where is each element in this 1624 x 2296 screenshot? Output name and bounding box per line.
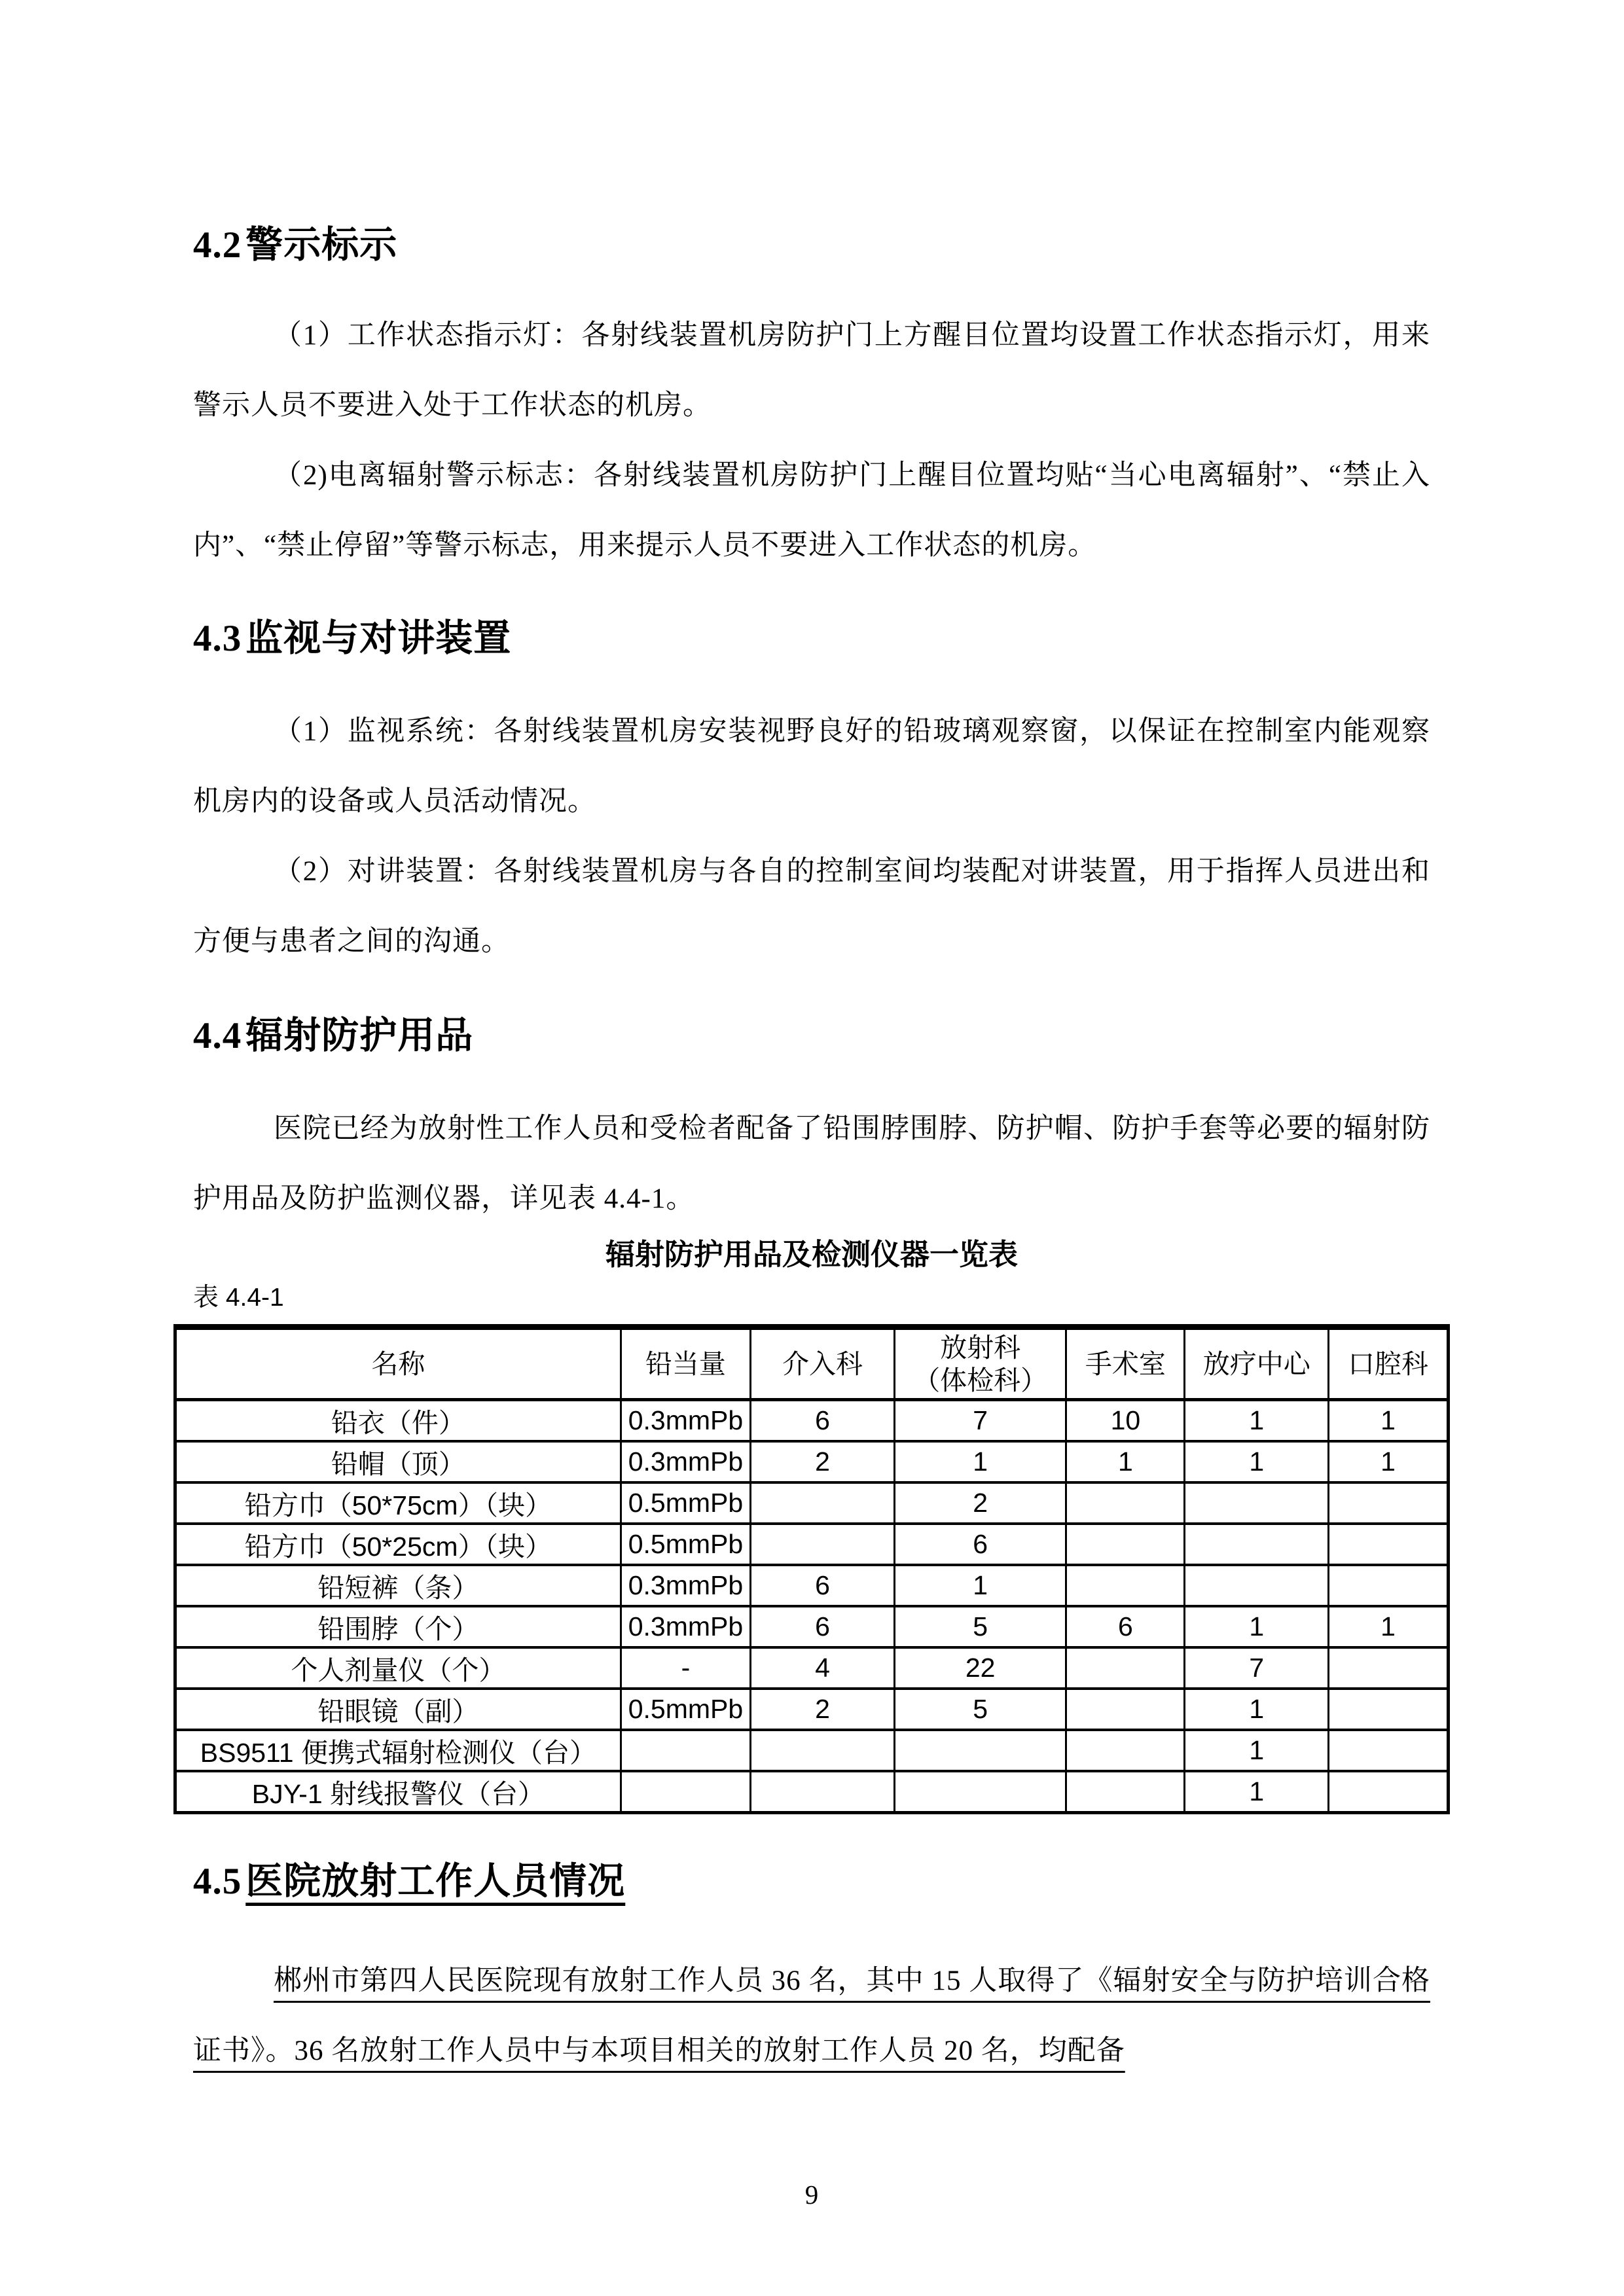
table-cell bbox=[1329, 1771, 1449, 1813]
section-number: 4.4 bbox=[193, 1015, 245, 1056]
table-cell: 22 bbox=[894, 1647, 1066, 1689]
paragraph-4-4-1: 医院已经为放射性工作人员和受检者配备了铅围脖围脖、防护帽、防护手套等必要的辐射防… bbox=[193, 1094, 1430, 1234]
document-page: 4.2警示标示 （1）工作状态指示灯：各射线装置机房防护门上方醒目位置均设置工作… bbox=[0, 0, 1624, 2296]
table-cell: 铅眼镜（副） bbox=[175, 1689, 621, 1730]
table-row: 铅短裤（条）0.3mmPb61 bbox=[175, 1565, 1449, 1606]
table-cell bbox=[1066, 1524, 1185, 1565]
table-cell: 6 bbox=[751, 1400, 895, 1442]
section-number: 4.2 bbox=[193, 224, 245, 266]
table-cell: 铅衣（件） bbox=[175, 1400, 621, 1442]
table-header-cell: 放射科 （体检科） bbox=[894, 1327, 1066, 1400]
table-row: 铅帽（顶）0.3mmPb21111 bbox=[175, 1441, 1449, 1482]
table-head: 名称铅当量介入科放射科 （体检科）手术室放疗中心口腔科 bbox=[175, 1327, 1449, 1400]
table-cell bbox=[1329, 1689, 1449, 1730]
table-row: 铅眼镜（副）0.5mmPb251 bbox=[175, 1689, 1449, 1730]
table-cell: 铅围脖（个） bbox=[175, 1606, 621, 1647]
table-cell bbox=[894, 1730, 1066, 1771]
paragraph-4-3-2: （2）对讲装置：各射线装置机房与各自的控制室间均装配对讲装置，用于指挥人员进出和… bbox=[193, 836, 1430, 977]
table-cell: 1 bbox=[1329, 1606, 1449, 1647]
table-header-cell: 铅当量 bbox=[621, 1327, 750, 1400]
table-cell: BJY-1 射线报警仪（台） bbox=[175, 1771, 621, 1813]
table-cell: 1 bbox=[1185, 1441, 1329, 1482]
table-cell bbox=[1329, 1524, 1449, 1565]
table-cell: 1 bbox=[1185, 1689, 1329, 1730]
table-cell: 6 bbox=[894, 1524, 1066, 1565]
table-cell: 5 bbox=[894, 1606, 1066, 1647]
table-cell: 0.3mmPb bbox=[621, 1565, 750, 1606]
section-heading-4-3: 4.3监视与对讲装置 bbox=[193, 615, 1430, 662]
table-header-row: 名称铅当量介入科放射科 （体检科）手术室放疗中心口腔科 bbox=[175, 1327, 1449, 1400]
table-cell bbox=[621, 1771, 750, 1813]
protective-equipment-table: 名称铅当量介入科放射科 （体检科）手术室放疗中心口腔科 铅衣（件）0.3mmPb… bbox=[173, 1324, 1450, 1814]
table-cell bbox=[1066, 1482, 1185, 1524]
section-heading-4-4: 4.4辐射防护用品 bbox=[193, 1012, 1430, 1060]
table-row: BJY-1 射线报警仪（台）1 bbox=[175, 1771, 1449, 1813]
table-cell: 1 bbox=[1185, 1606, 1329, 1647]
section-heading-4-2: 4.2警示标示 bbox=[193, 221, 1430, 269]
table-cell bbox=[894, 1771, 1066, 1813]
table-cell: 6 bbox=[1066, 1606, 1185, 1647]
table-cell: 2 bbox=[751, 1689, 895, 1730]
table-cell: 1 bbox=[1185, 1730, 1329, 1771]
table-cell bbox=[1066, 1647, 1185, 1689]
table-cell: 1 bbox=[1329, 1441, 1449, 1482]
table-cell bbox=[621, 1730, 750, 1771]
section-number: 4.3 bbox=[193, 618, 245, 659]
table-row: BS9511 便携式辐射检测仪（台）1 bbox=[175, 1730, 1449, 1771]
table-row: 铅方巾（50*75cm）（块）0.5mmPb2 bbox=[175, 1482, 1449, 1524]
table-row: 个人剂量仪（个）-4227 bbox=[175, 1647, 1449, 1689]
table-cell: 2 bbox=[894, 1482, 1066, 1524]
table-cell: 1 bbox=[1185, 1771, 1329, 1813]
table-cell: BS9511 便携式辐射检测仪（台） bbox=[175, 1730, 621, 1771]
table-row: 铅衣（件）0.3mmPb671011 bbox=[175, 1400, 1449, 1442]
paragraph-4-3-1: （1）监视系统：各射线装置机房安装视野良好的铅玻璃观察窗，以保证在控制室内能观察… bbox=[193, 696, 1430, 836]
table-cell: 6 bbox=[751, 1565, 895, 1606]
table-cell bbox=[1329, 1647, 1449, 1689]
table-row: 铅围脖（个）0.3mmPb65611 bbox=[175, 1606, 1449, 1647]
paragraph-4-5-1: 郴州市第四人民医院现有放射工作人员 36 名，其中 15 人取得了《辐射安全与防… bbox=[193, 1946, 1430, 2086]
table-cell bbox=[1066, 1565, 1185, 1606]
table-cell: - bbox=[621, 1647, 750, 1689]
table-cell bbox=[751, 1482, 895, 1524]
table-cell bbox=[1066, 1771, 1185, 1813]
page-number: 9 bbox=[193, 2178, 1430, 2212]
table-cell: 4 bbox=[751, 1647, 895, 1689]
table-cell: 铅方巾（50*75cm）（块） bbox=[175, 1482, 621, 1524]
table-cell: 1 bbox=[1185, 1400, 1329, 1442]
section-heading-4-5: 4.5医院放射工作人员情况 bbox=[193, 1857, 1430, 1905]
section-title: 辐射防护用品 bbox=[245, 1014, 473, 1056]
table-cell bbox=[1185, 1524, 1329, 1565]
table-cell bbox=[1066, 1689, 1185, 1730]
table-cell: 7 bbox=[894, 1400, 1066, 1442]
table-header-cell: 放疗中心 bbox=[1185, 1327, 1329, 1400]
table-cell: 个人剂量仪（个） bbox=[175, 1647, 621, 1689]
table-header-cell: 名称 bbox=[175, 1327, 621, 1400]
table-cell: 0.3mmPb bbox=[621, 1606, 750, 1647]
paragraph-4-2-2: （2)电离辐射警示标志：各射线装置机房防护门上醒目位置均贴“当心电离辐射”、“禁… bbox=[193, 440, 1430, 581]
section-title: 警示标示 bbox=[245, 224, 397, 266]
table-caption: 辐射防护用品及检测仪器一览表 bbox=[193, 1234, 1430, 1276]
table-label: 表 4.4-1 bbox=[193, 1281, 1430, 1315]
table-cell bbox=[751, 1771, 895, 1813]
table-cell bbox=[1329, 1482, 1449, 1524]
table-cell: 1 bbox=[1066, 1441, 1185, 1482]
table-cell bbox=[751, 1730, 895, 1771]
table-cell: 0.5mmPb bbox=[621, 1482, 750, 1524]
table-cell: 1 bbox=[1329, 1400, 1449, 1442]
table-cell: 0.3mmPb bbox=[621, 1441, 750, 1482]
table-cell: 0.5mmPb bbox=[621, 1689, 750, 1730]
table-cell: 2 bbox=[751, 1441, 895, 1482]
table-cell: 0.3mmPb bbox=[621, 1400, 750, 1442]
table-cell bbox=[1066, 1730, 1185, 1771]
table-cell bbox=[1185, 1565, 1329, 1606]
table-cell: 1 bbox=[894, 1565, 1066, 1606]
table-cell: 7 bbox=[1185, 1647, 1329, 1689]
table-cell: 6 bbox=[751, 1606, 895, 1647]
paragraph-4-2-1: （1）工作状态指示灯：各射线装置机房防护门上方醒目位置均设置工作状态指示灯，用来… bbox=[193, 300, 1430, 440]
section-title: 医院放射工作人员情况 bbox=[245, 1860, 625, 1902]
section-number: 4.5 bbox=[193, 1861, 245, 1902]
table-row: 铅方巾（50*25cm）（块）0.5mmPb6 bbox=[175, 1524, 1449, 1565]
table-header-cell: 口腔科 bbox=[1329, 1327, 1449, 1400]
table-cell: 10 bbox=[1066, 1400, 1185, 1442]
section-title: 监视与对讲装置 bbox=[245, 617, 511, 659]
table-header-cell: 手术室 bbox=[1066, 1327, 1185, 1400]
table-body: 铅衣（件）0.3mmPb671011铅帽（顶）0.3mmPb21111铅方巾（5… bbox=[175, 1400, 1449, 1813]
table-cell: 5 bbox=[894, 1689, 1066, 1730]
table-cell: 铅帽（顶） bbox=[175, 1441, 621, 1482]
table-cell: 1 bbox=[894, 1441, 1066, 1482]
table-cell: 铅方巾（50*25cm）（块） bbox=[175, 1524, 621, 1565]
table-cell bbox=[1329, 1565, 1449, 1606]
table-cell bbox=[1329, 1730, 1449, 1771]
table-cell bbox=[1185, 1482, 1329, 1524]
table-cell: 铅短裤（条） bbox=[175, 1565, 621, 1606]
table-header-cell: 介入科 bbox=[751, 1327, 895, 1400]
table-cell bbox=[751, 1524, 895, 1565]
table-cell: 0.5mmPb bbox=[621, 1524, 750, 1565]
